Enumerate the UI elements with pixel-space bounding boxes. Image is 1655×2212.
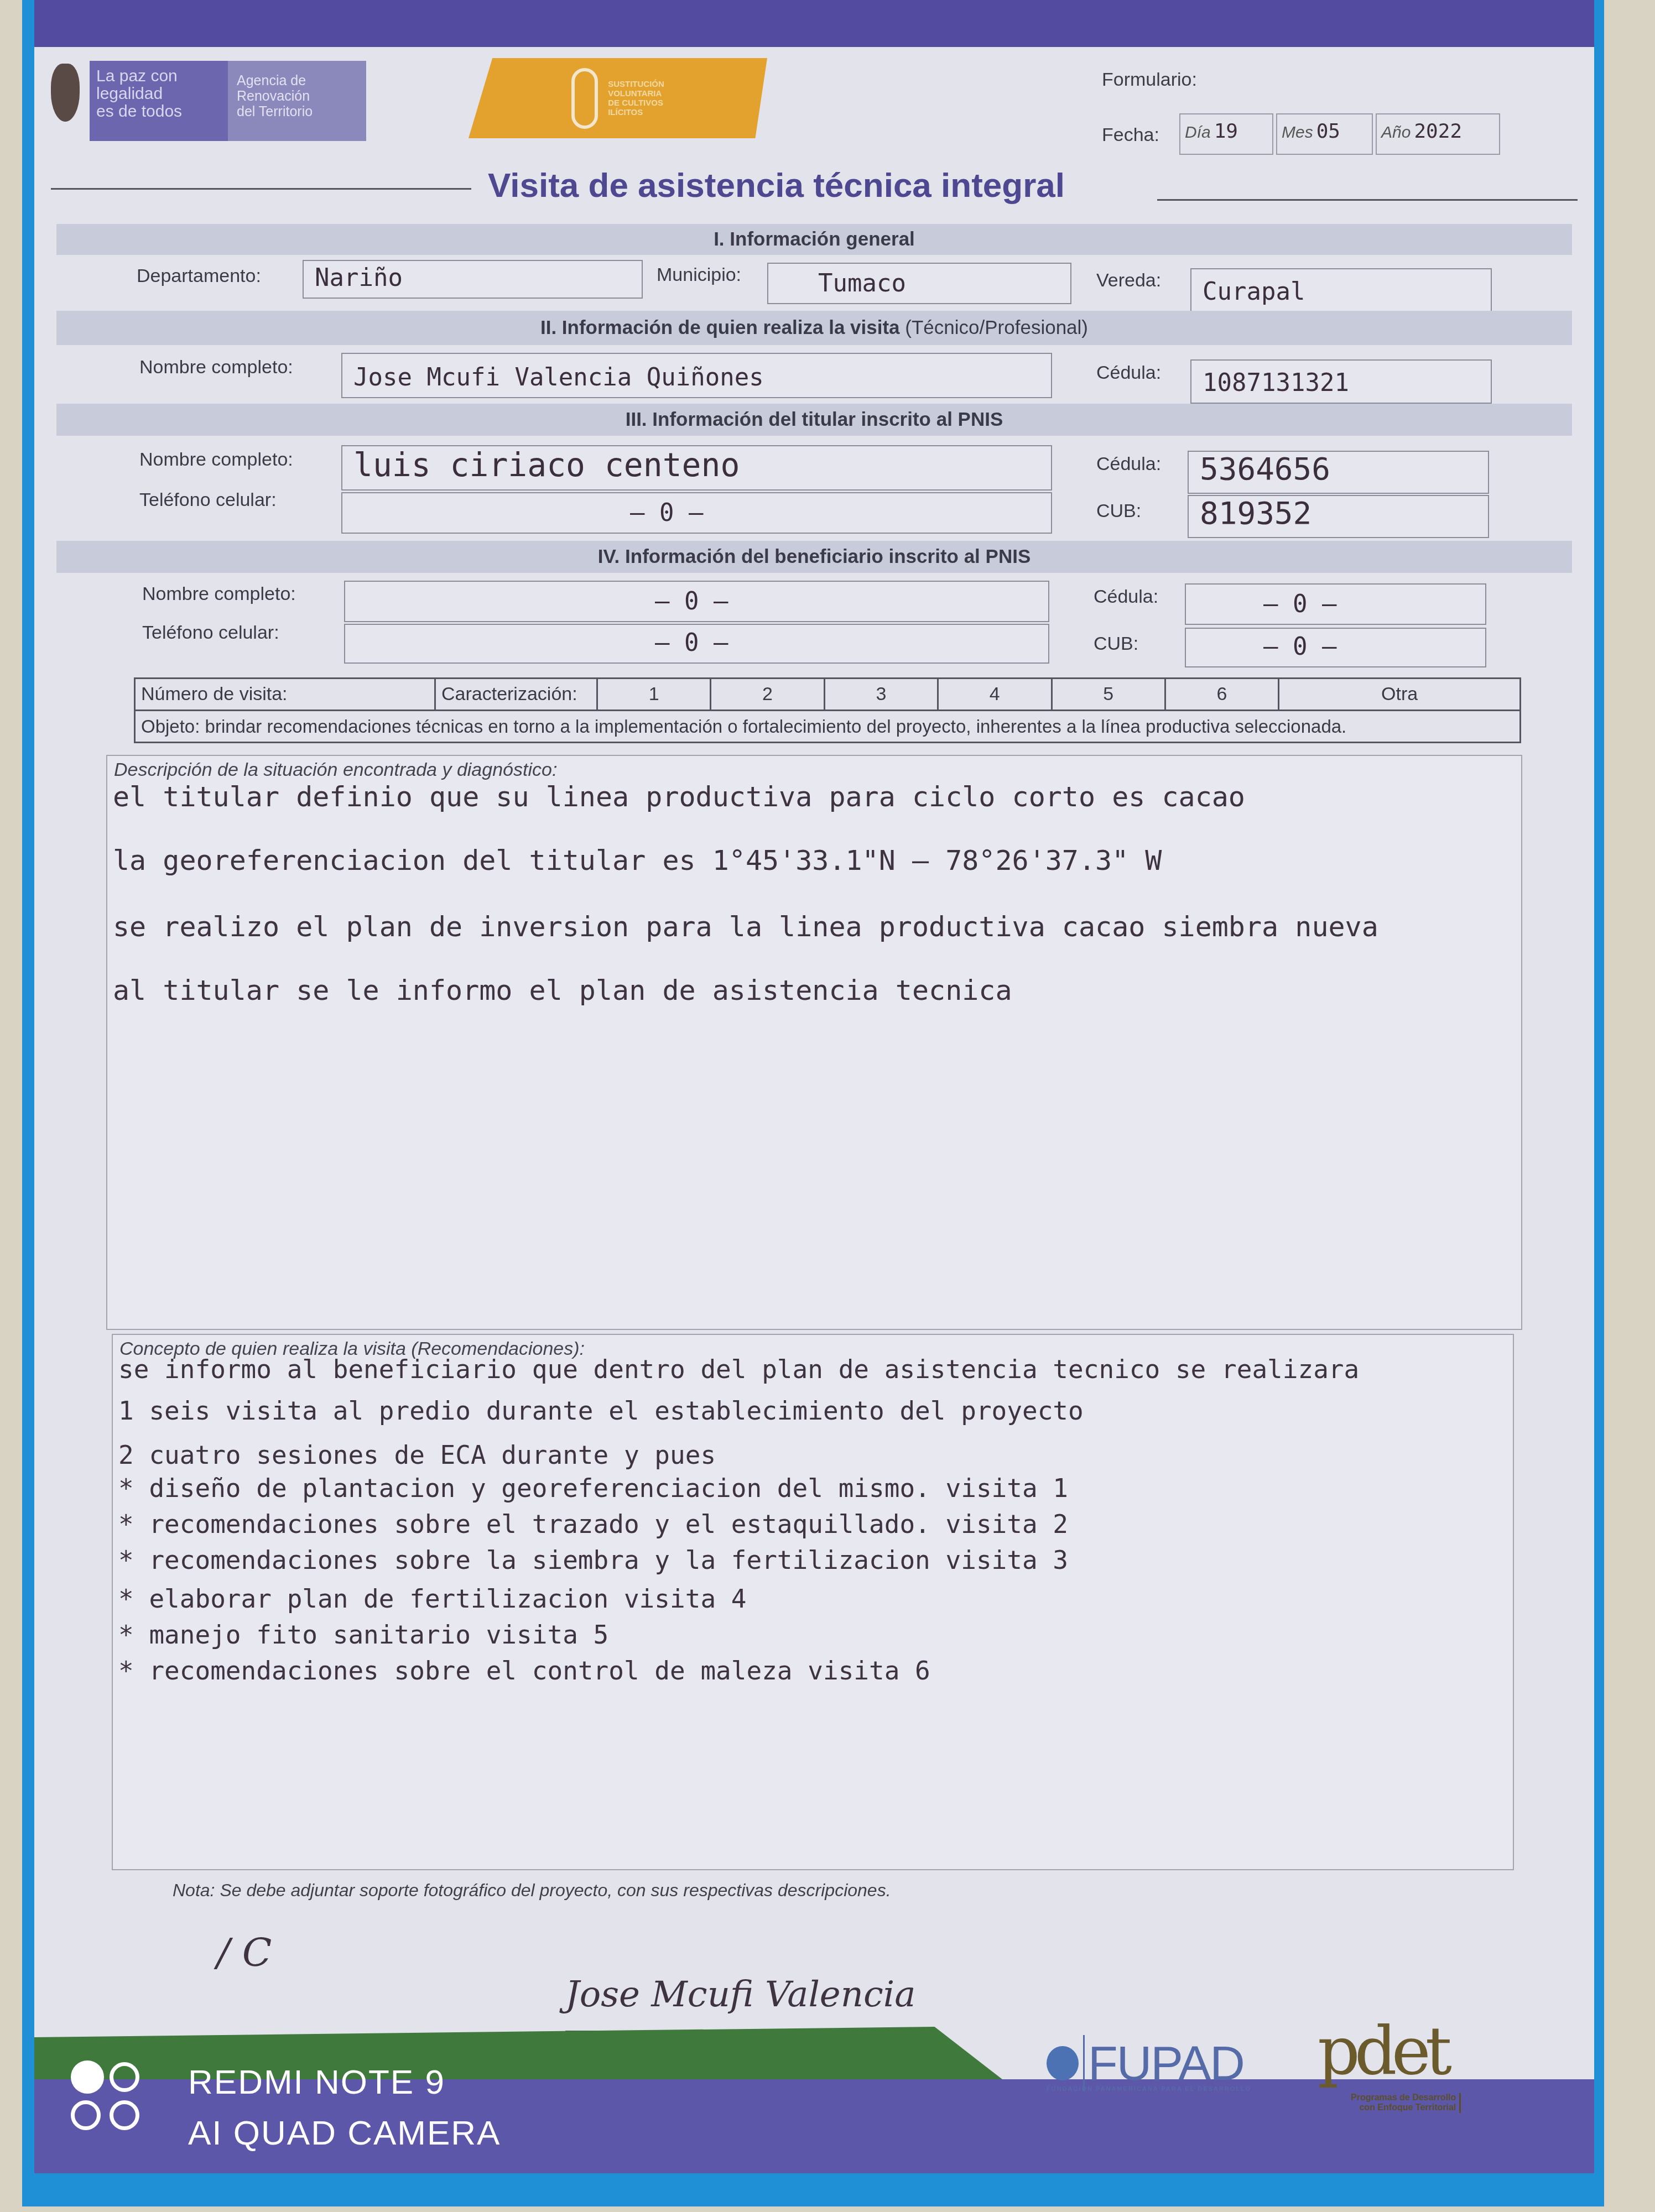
year-field[interactable]: Año2022 xyxy=(1376,113,1500,155)
municipio-field[interactable]: Tumaco xyxy=(767,263,1071,304)
concepto-line: 2 cuatro sesiones de ECA durante y pues xyxy=(118,1440,716,1470)
descripcion-line: la georeferenciacion del titular es 1°45… xyxy=(113,844,1162,877)
camera-watermark: REDMI NOTE 9 AI QUAD CAMERA xyxy=(188,2057,501,2159)
titular-nombre-label: Nombre completo: xyxy=(139,449,293,471)
concepto-line: * manejo fito sanitario visita 5 xyxy=(118,1620,608,1650)
page-title: Visita de asistencia técnica integral xyxy=(488,166,1065,205)
fupad-logo: FUPAD xyxy=(1047,2035,1244,2091)
objeto-text: Objeto: brindar recomendaciones técnicas… xyxy=(135,711,1521,743)
formulario-label: Formulario: xyxy=(1102,69,1197,91)
titular-cub-field[interactable]: 819352 xyxy=(1188,495,1489,538)
beneficiario-cedula-label: Cédula: xyxy=(1094,586,1158,608)
pnis-logo: SUSTITUCIÓN VOLUNTARIA DE CULTIVOS ILÍCI… xyxy=(469,58,767,138)
caracterizacion-label[interactable]: Caracterización: xyxy=(435,679,597,711)
visit-option-4[interactable]: 4 xyxy=(938,679,1052,711)
globe-icon xyxy=(1047,2046,1079,2080)
visit-option-5[interactable]: 5 xyxy=(1052,679,1165,711)
section-3-heading: III. Información del titular inscrito al… xyxy=(56,404,1572,436)
header-band xyxy=(34,0,1594,47)
beneficiario-cedula-field[interactable]: — 0 — xyxy=(1185,583,1486,625)
pdet-subtitle: Programas de Desarrollo con Enfoque Terr… xyxy=(1351,2093,1461,2113)
descripcion-title: Descripción de la situación encontrada y… xyxy=(114,759,557,781)
municipio-label: Municipio: xyxy=(657,264,741,286)
titular-cedula-label: Cédula: xyxy=(1096,453,1161,475)
concepto-line: * recomendaciones sobre el control de ma… xyxy=(118,1656,930,1686)
concepto-line: se informo al beneficiario que dentro de… xyxy=(118,1354,1359,1384)
tecnico-cedula-label: Cédula: xyxy=(1096,362,1161,384)
titular-cub-label: CUB: xyxy=(1096,500,1141,522)
government-logo: La paz con legalidad es de todos Agencia… xyxy=(90,61,366,141)
pdet-logo: pdet xyxy=(1318,2013,1446,2090)
nota-text: Nota: Se debe adjuntar soporte fotográfi… xyxy=(173,1880,891,1901)
footer-green-band xyxy=(34,2027,1002,2079)
beneficiario-cub-field[interactable]: — 0 — xyxy=(1185,628,1486,667)
fupad-subtitle: FUNDACIÓN PANAMERICANA PARA EL DESARROLL… xyxy=(1047,2086,1251,2093)
descripcion-line: el titular definio que su linea producti… xyxy=(113,781,1245,813)
tecnico-nombre-label: Nombre completo: xyxy=(139,357,293,378)
visit-option-otra[interactable]: Otra xyxy=(1279,679,1521,711)
art-agency-logo: Agencia de Renovación del Territorio xyxy=(228,61,366,141)
descripcion-area[interactable]: Descripción de la situación encontrada y… xyxy=(106,755,1522,1330)
concepto-line: 1 seis visita al predio durante el estab… xyxy=(118,1396,1084,1426)
visit-option-6[interactable]: 6 xyxy=(1165,679,1278,711)
paz-legalidad-logo: La paz con legalidad es de todos xyxy=(90,61,228,141)
tecnico-signature: Jose Mcufi Valencia xyxy=(565,1974,915,2015)
numero-visita-label: Número de visita: xyxy=(135,679,435,711)
beneficiario-nombre-field[interactable]: — 0 — xyxy=(344,581,1049,622)
vereda-label: Vereda: xyxy=(1096,270,1161,291)
titular-telefono-label: Teléfono celular: xyxy=(139,489,277,511)
beneficiario-cub-label: CUB: xyxy=(1094,633,1138,655)
departamento-field[interactable]: Nariño xyxy=(303,260,643,299)
titular-signature: / C xyxy=(217,1930,272,1975)
concepto-line: * elaborar plan de fertilizacion visita … xyxy=(118,1584,746,1614)
tecnico-cedula-field[interactable]: 1087131321 xyxy=(1190,359,1492,404)
concepto-line: * recomendaciones sobre la siembra y la … xyxy=(118,1545,1068,1575)
beneficiario-telefono-field[interactable]: — 0 — xyxy=(344,624,1049,664)
concepto-line: * recomendaciones sobre el trazado y el … xyxy=(118,1509,1068,1539)
colombia-coat-of-arms-icon xyxy=(51,64,80,122)
title-rule-right xyxy=(1157,199,1578,201)
fecha-label: Fecha: xyxy=(1102,124,1159,146)
scroll-spiral-icon xyxy=(571,68,598,129)
tecnico-nombre-field[interactable]: Jose Mcufi Valencia Quiñones xyxy=(341,353,1052,398)
concepto-line: * diseño de plantacion y georeferenciaci… xyxy=(118,1473,1068,1503)
titular-telefono-field[interactable]: — 0 — xyxy=(341,492,1052,534)
visit-option-2[interactable]: 2 xyxy=(711,679,824,711)
visit-option-1[interactable]: 1 xyxy=(597,679,711,711)
month-field[interactable]: Mes05 xyxy=(1276,113,1373,155)
camera-quad-lens-icon xyxy=(71,2060,148,2138)
concepto-area[interactable]: Concepto de quien realiza la visita (Rec… xyxy=(112,1334,1514,1870)
titular-nombre-field[interactable]: luis ciriaco centeno xyxy=(341,445,1052,491)
beneficiario-telefono-label: Teléfono celular: xyxy=(142,622,279,644)
vereda-field[interactable]: Curapal xyxy=(1190,268,1492,312)
descripcion-line: se realizo el plan de inversion para la … xyxy=(113,911,1378,943)
visit-option-3[interactable]: 3 xyxy=(824,679,938,711)
day-field[interactable]: Día19 xyxy=(1179,113,1273,155)
departamento-label: Departamento: xyxy=(137,265,261,287)
form-page: La paz con legalidad es de todos Agencia… xyxy=(34,0,1594,2173)
descripcion-line: al titular se le informo el plan de asis… xyxy=(113,974,1012,1006)
visit-number-table: Número de visita: Caracterización: 1 2 3… xyxy=(134,677,1521,743)
section-4-heading: IV. Información del beneficiario inscrit… xyxy=(56,541,1572,573)
titular-cedula-field[interactable]: 5364656 xyxy=(1188,451,1489,494)
beneficiario-nombre-label: Nombre completo: xyxy=(142,583,296,605)
section-1-heading: I. Información general xyxy=(56,224,1572,255)
title-rule-left xyxy=(51,188,471,190)
section-2-heading: II. Información de quien realiza la visi… xyxy=(56,311,1572,345)
